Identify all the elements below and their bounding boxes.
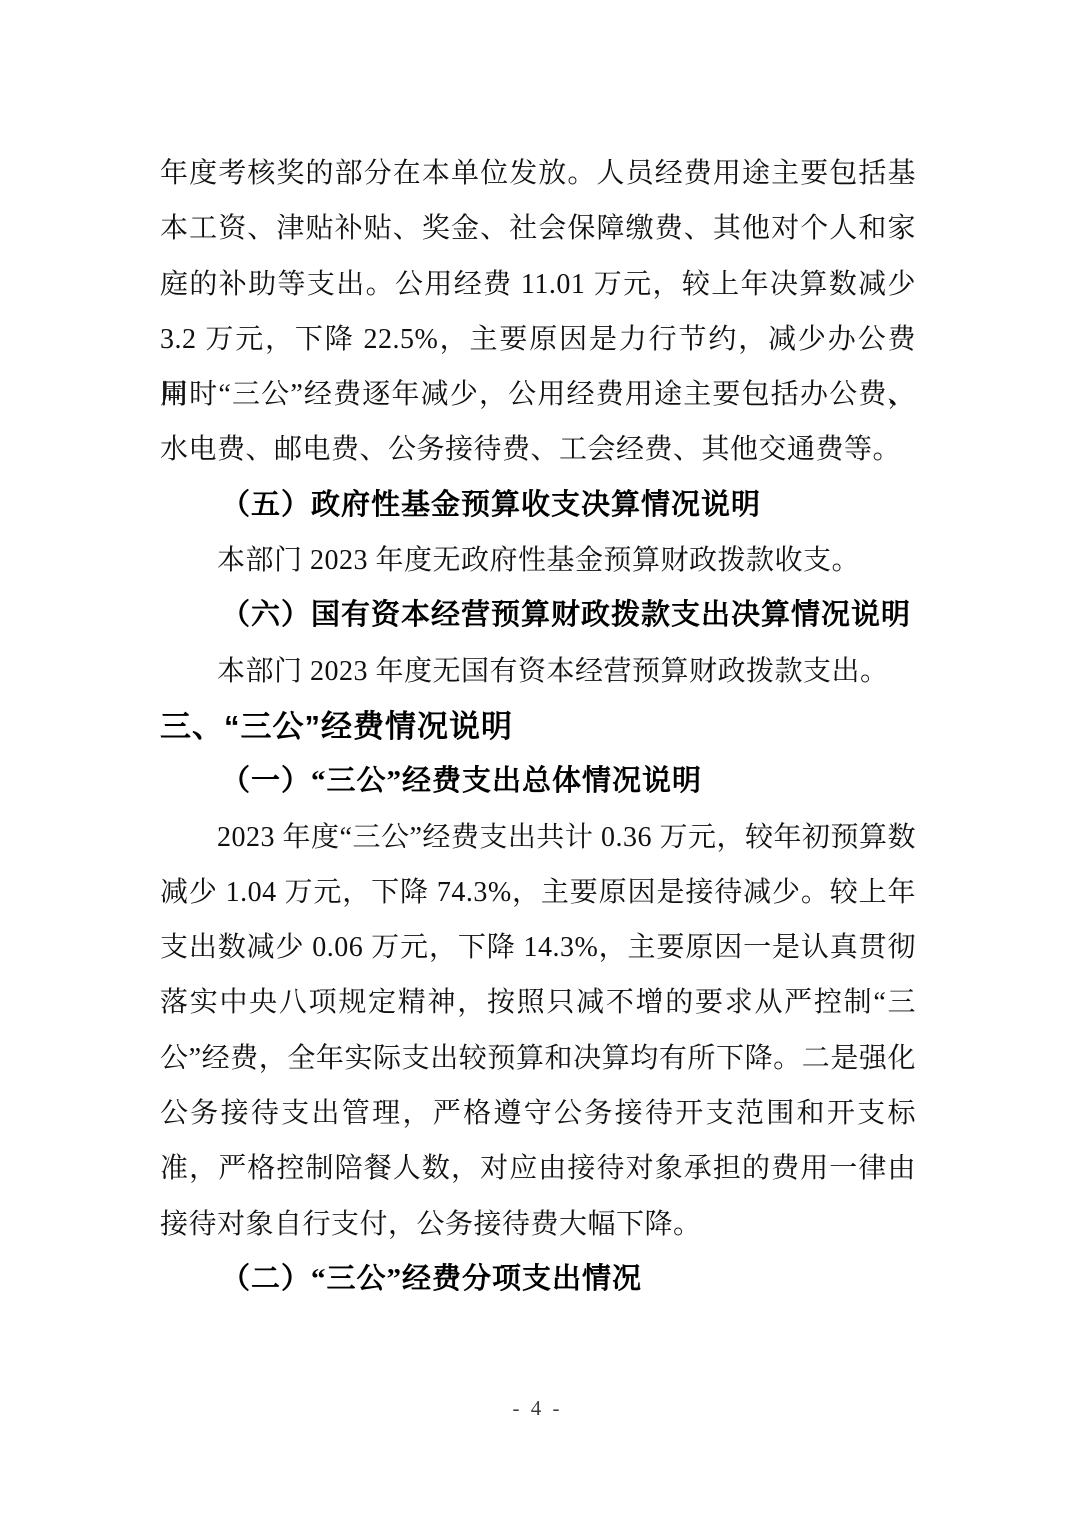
paragraph-overall-line: 落实中央八项规定精神，按照只减不增的要求从严控制“三 — [160, 975, 916, 1030]
section-heading-overall-spending: （一）“三公”经费支出总体情况说明 — [160, 754, 916, 809]
paragraph-personnel-line: 本工资、津贴补贴、奖金、社会保障缴费、其他对个人和家 — [160, 201, 916, 256]
paragraph-overall-line: 接待对象自行支付，公务接待费大幅下降。 — [160, 1197, 916, 1252]
section-heading-state-capital: （六）国有资本经营预算财政拨款支出决算情况说明 — [160, 588, 916, 643]
paragraph-personnel-line: 水电费、邮电费、公务接待费、工会经费、其他交通费等。 — [160, 422, 916, 477]
document-page: 年度考核奖的部分在本单位发放。人员经费用途主要包括基 本工资、津贴补贴、奖金、社… — [0, 0, 1075, 1520]
section-heading-itemized-spending: （二）“三公”经费分项支出情况 — [160, 1252, 916, 1307]
paragraph-personnel-line: 同时“三公”经费逐年减少，公用经费用途主要包括办公费、 — [160, 367, 916, 422]
paragraph-personnel-line: 3.2 万元，下降 22.5%，主要原因是力行节约，减少办公费用， — [160, 312, 916, 367]
paragraph-gov-fund: 本部门 2023 年度无政府性基金预算财政拨款收支。 — [160, 533, 916, 588]
paragraph-overall-line: 支出数减少 0.06 万元，下降 14.3%，主要原因一是认真贯彻 — [160, 920, 916, 975]
document-body: 年度考核奖的部分在本单位发放。人员经费用途主要包括基 本工资、津贴补贴、奖金、社… — [160, 146, 916, 1307]
paragraph-overall-line: 公务接待支出管理，严格遵守公务接待开支范围和开支标 — [160, 1086, 916, 1141]
chapter-heading-three-public-funds: 三、“三公”经费情况说明 — [160, 699, 916, 754]
page-number: - 4 - — [0, 1396, 1075, 1421]
paragraph-personnel-line: 庭的补助等支出。公用经费 11.01 万元，较上年决算数减少 — [160, 257, 916, 312]
paragraph-personnel-line: 年度考核奖的部分在本单位发放。人员经费用途主要包括基 — [160, 146, 916, 201]
paragraph-overall-line: 减少 1.04 万元，下降 74.3%，主要原因是接待减少。较上年 — [160, 865, 916, 920]
paragraph-overall-line: 2023 年度“三公”经费支出共计 0.36 万元，较年初预算数 — [160, 810, 916, 865]
paragraph-overall-line: 准，严格控制陪餐人数，对应由接待对象承担的费用一律由 — [160, 1141, 916, 1196]
paragraph-state-capital: 本部门 2023 年度无国有资本经营预算财政拨款支出。 — [160, 644, 916, 699]
section-heading-gov-fund: （五）政府性基金预算收支决算情况说明 — [160, 478, 916, 533]
paragraph-overall-line: 公”经费，全年实际支出较预算和决算均有所下降。二是强化 — [160, 1031, 916, 1086]
